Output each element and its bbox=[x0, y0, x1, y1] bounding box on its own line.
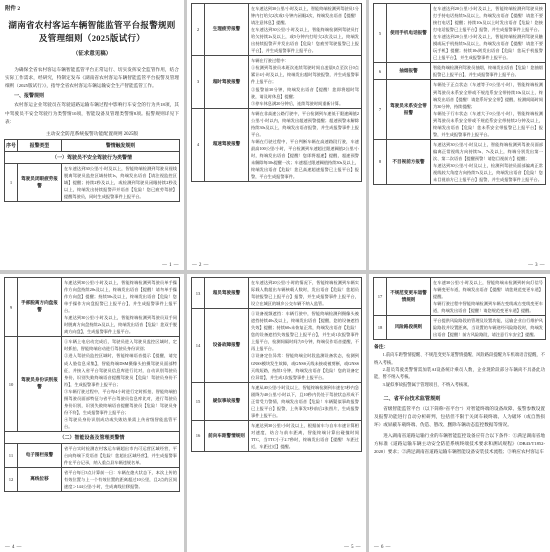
table-row: 8 不目视前方报警 车速达到30公里/小时及以上，智能终端检测到驾驶员面部偏离正… bbox=[374, 139, 546, 184]
col-header-type: 报警类型 bbox=[18, 140, 62, 152]
col-header-rule: 警情触发规则 bbox=[62, 140, 180, 152]
page-number-4: — 4 — bbox=[5, 545, 22, 550]
page-number-3: — 3 — bbox=[528, 263, 545, 268]
trigger-rule: 在车速达到20公里/小时及以上，智能终端检测到驾驶员接打手持电话持续5s及以上，… bbox=[431, 4, 546, 63]
row-no: 10 bbox=[5, 337, 18, 432]
row-no: 1 bbox=[5, 164, 18, 202]
notes-block: 备注： 1.前向车距警情提醒、不规范变更车道警情提醒、风险路段提醒为车机端语音提… bbox=[373, 343, 546, 387]
row-no: 8 bbox=[374, 139, 387, 184]
table-caption: 主动安全防范系统报警功能配置规则 2025版 bbox=[4, 130, 180, 137]
table-row: 2 生理疲劳报警 在车速达到30公里/小时及以上，智能终端检测到驾驶员1分钟内打… bbox=[192, 4, 362, 56]
row-no: 18 bbox=[374, 316, 387, 340]
page-number-6: — 6 — bbox=[374, 545, 391, 550]
section-2-paragraph-1: 省级智能监管平台（以下简称“省平台”）对智能终端的设备故障、报警参数设置及报警功… bbox=[374, 405, 545, 430]
alarm-type: 前向车距警情规则 bbox=[205, 420, 249, 451]
row-no: 17 bbox=[374, 278, 387, 316]
table-row: 6 抽烟报警 智能终端检测到驾驶员抽烟，终端发出语音【危险！您抽烟报警已上报平台… bbox=[374, 63, 546, 80]
page-5: 13 超员驾驶报警 在车速达到20公里/小时的情况下，智能终端检测到车辆实际载人… bbox=[187, 274, 366, 552]
trigger-rule: 车速从40公里/小时及以上，智能终端检测到车速在5秒内急剧降为40公里/小时以下… bbox=[249, 382, 362, 420]
table-row: 9 手部脱离方向盘报警 车速达到30公里/小时及以上，智能终端检测到驾驶员单手操… bbox=[5, 278, 180, 337]
trigger-rule: 在车速达到20公里/小时的情况下，智能终端检测到车辆实际载人数超出车辆核载人数时… bbox=[249, 278, 362, 309]
doc-title-line-1: 湖南省农村客运车辆智能监管平台报警规则 bbox=[4, 19, 180, 32]
trigger-rule: 在车速达到30公里/小时及以上，智能终端检测到驾驶员视线脱离驾驶员监控区域持续1… bbox=[62, 164, 180, 202]
doc-subtitle: （征求意见稿） bbox=[4, 49, 180, 57]
trigger-rule: 车速达到30公里/小时及以上，智能终端检测到驾驶员单手操作方向盘持续20s及以上… bbox=[62, 278, 180, 337]
trigger-rule: 车辆处于正点状态（车速等于0公里/小时），智能终端检测到驾驶员未系安全带或不规范… bbox=[431, 80, 546, 139]
note-item-1: 1.前向车距警情提醒、不规范变更车道警情提醒、风险路段提醒为车机端语音提醒，不纳… bbox=[374, 351, 545, 366]
notes-label: 备注： bbox=[374, 343, 546, 350]
table-row: 17 不规范变更车道警情规则 在车速30公里/小时及以上，智能终端未检测到转向灯… bbox=[374, 278, 546, 316]
group-header-1: （一）驾驶员不安全驾驶行为类警情 bbox=[5, 152, 180, 164]
alarm-type: 抽烟报警 bbox=[387, 63, 431, 80]
trigger-rule: 车速达到30公里/小时及以上，智能终端检测到驾驶员面部偏离正常视线方向持续5s、… bbox=[431, 139, 546, 184]
trigger-rule: 车辆在行驶过程中： ①检测到驾驶员本班次连续驾驶时间自凌晨0点至次日0点累计4小… bbox=[249, 56, 362, 108]
alarm-type: 使用手机电话报警 bbox=[387, 4, 431, 63]
page-number-5: — 5 — bbox=[344, 545, 361, 550]
alarm-table-page-6: 17 不规范变更车道警情规则 在车速30公里/小时及以上，智能终端未检测到转向灯… bbox=[373, 277, 546, 340]
row-no: 7 bbox=[374, 80, 387, 139]
table-row: 14 设备故障报警 ①设备视频遮挡：车辆行驶中，智能终端检测到摄像头被遮挡持续4… bbox=[192, 309, 362, 382]
row-no: 5 bbox=[374, 4, 387, 63]
page-3: 5 使用手机电话报警 在车速达到20公里/小时及以上，智能终端检测到驾驶员接打手… bbox=[369, 0, 550, 270]
alarm-type: 离线位移 bbox=[18, 468, 62, 492]
alarm-type: 驾驶员未系安全带报警 bbox=[387, 80, 431, 139]
page-1: 附件 2 湖南省农村客运车辆智能监管平台报警规则 及管理细则（2025版试行） … bbox=[0, 0, 184, 270]
alarm-type: 电子围栏报警 bbox=[18, 443, 62, 467]
table-header-row: 序号 报警类型 警情触发规则 bbox=[5, 140, 180, 152]
alarm-table-page-4: 9 手部脱离方向盘报警 车速达到30公里/小时及以上，智能终端检测到驾驶员单手操… bbox=[4, 277, 180, 492]
row-no: 14 bbox=[192, 309, 205, 382]
row-no: 6 bbox=[374, 63, 387, 80]
trigger-rule: 省平台实时检测农村客运车辆超出市内可运营区域经营，平台向终端下发语音【危险！您超… bbox=[62, 443, 180, 467]
section-1-heading: 一、报警规则 bbox=[4, 92, 180, 99]
trigger-rule: 在车速达到30公里/小时及以上，智能终端检测到驾驶员1分钟内打哈欠2次或1分钟内… bbox=[249, 4, 362, 56]
alarm-type: 不目视前方报警 bbox=[387, 139, 431, 184]
trigger-rule: 车辆在非高速公路行驶中，平台检测到车速低于限速阈值2公里/小时以内，终端发出超速… bbox=[249, 108, 362, 181]
table-row: 12 离线位移 省平台每日3点计算前一日：车辆在熄火状态下，本次上传的有效位置与… bbox=[5, 468, 180, 492]
alarm-type: 驾驶员闭眼疲劳报警 bbox=[18, 164, 62, 202]
alarm-type: 疑似事故报警 bbox=[205, 382, 249, 420]
trigger-rule: 智能终端检测到驾驶员抽烟，终端发出语音【危险！您抽烟报警已上报平台】，并生成报警… bbox=[431, 63, 546, 80]
attachment-label: 附件 2 bbox=[5, 4, 180, 12]
table-row: 5 使用手机电话报警 在车速达到20公里/小时及以上，智能终端检测到驾驶员接打手… bbox=[374, 4, 546, 63]
alarm-type: 风险路段规则 bbox=[387, 316, 431, 340]
alarm-type: 驾驶员身份识别报警 bbox=[18, 337, 62, 432]
row-no: 15 bbox=[192, 382, 205, 420]
table-row: 4 超速驾驶报警 车辆在非高速公路行驶中，平台检测到车速低于限速阈值2公里/小时… bbox=[192, 108, 362, 181]
trigger-rule: 车速达到30公里/小时及以上，根据前车与自车车速计算相对速度，结合与前车距离，智… bbox=[249, 420, 362, 451]
alarm-type: 超时驾驶报警 bbox=[205, 56, 249, 108]
section-2-paragraph-2: 进入湖南省道路运输行业的车辆智能监控设备应符合以下条件：①满足湖南省地方标准《道… bbox=[374, 432, 545, 457]
alarm-table-page-5: 13 超员驾驶报警 在车速达到20公里/小时的情况下，智能终端检测到车辆实际载人… bbox=[191, 277, 362, 452]
alarm-table-page-1: 序号 报警类型 警情触发规则 （一）驾驶员不安全驾驶行为类警情 1 驾驶员闭眼疲… bbox=[4, 139, 180, 202]
row-no: 12 bbox=[5, 468, 18, 492]
table-row: 15 疑似事故报警 车速从40公里/小时及以上，智能终端检测到车速在5秒内急剧降… bbox=[192, 382, 362, 420]
trigger-rule: 省平台每日3点计算前一日：车辆在熄火状态下，本次上传的有效位置与上一个有效位置的… bbox=[62, 468, 180, 492]
row-no: 11 bbox=[5, 443, 18, 467]
table-row: 18 风险路段规则 平台提供风险路段的管理及设置功能，运输企业自行维护风险路段并… bbox=[374, 316, 546, 340]
group-header-2: （二）智能设备及管理类警情 bbox=[5, 431, 180, 443]
alarm-type: 不规范变更车道警情规则 bbox=[387, 278, 431, 316]
alarm-table-page-2: 2 生理疲劳报警 在车速达到30公里/小时及以上，智能终端检测到驾驶员1分钟内打… bbox=[191, 3, 362, 182]
row-no: 2 bbox=[192, 4, 205, 56]
alarm-type: 超员驾驶报警 bbox=[205, 278, 249, 309]
row-no: 13 bbox=[192, 278, 205, 309]
alarm-type: 超速驾驶报警 bbox=[205, 108, 249, 181]
note-item-3: 3.疑似事故报警属于管理项目，不纳入考核项。 bbox=[374, 381, 545, 388]
table-row: 7 驾驶员未系安全带报警 车辆处于正点状态（车速等于0公里/小时），智能终端检测… bbox=[374, 80, 546, 139]
note-item-2: 2.超员驾驶类警情需加装AI设备统计乘员人数，企业现阶段部分车辆尚不具备此功能，… bbox=[374, 366, 545, 381]
row-no: 16 bbox=[192, 420, 205, 451]
alarm-table-page-3: 5 使用手机电话报警 在车速达到20公里/小时及以上，智能终端检测到驾驶员接打手… bbox=[373, 3, 546, 185]
table-row: 16 前向车距警情规则 车速达到30公里/小时及以上，根据前车与自车车速计算相对… bbox=[192, 420, 362, 451]
table-row: 13 超员驾驶报警 在车速达到20公里/小时的情况下，智能终端检测到车辆实际载人… bbox=[192, 278, 362, 309]
page-4: 9 手部脱离方向盘报警 车速达到30公里/小时及以上，智能终端检测到驾驶员单手操… bbox=[0, 274, 184, 552]
trigger-rule: ①设备视频遮挡：车辆行驶中，智能终端检测到摄像头被遮挡持续40s及以上，终端发出… bbox=[249, 309, 362, 382]
section-1-paragraph: 农村客运企业驾驶员在驾驶道路运输车辆过程中影响行车安全的行为共18项，其中驾驶员… bbox=[5, 101, 179, 126]
row-no: 3 bbox=[192, 56, 205, 108]
trigger-rule: ①车辆上电启动完成后，驾驶员进入驾驶员监控区域时，定时抓拍，智能终端启动进行驾驶… bbox=[62, 337, 180, 432]
section-2-heading: 二、省平台技术监管规则 bbox=[373, 395, 546, 402]
page-number-2: — 2 — bbox=[192, 263, 209, 268]
page-number-1: — 1 — bbox=[162, 263, 179, 268]
table-row: 3 超时驾驶报警 车辆在行驶过程中： ①检测到驾驶员本班次连续驾驶时间自凌晨0点… bbox=[192, 56, 362, 108]
alarm-type: 手部脱离方向盘报警 bbox=[18, 278, 62, 337]
page-2: 2 生理疲劳报警 在车速达到30公里/小时及以上，智能终端检测到驾驶员1分钟内打… bbox=[187, 0, 366, 270]
alarm-type: 生理疲劳报警 bbox=[205, 4, 249, 56]
row-no: 9 bbox=[5, 278, 18, 337]
table-row: 10 驾驶员身份识别报警 ①车辆上电启动完成后，驾驶员进入驾驶员监控区域时，定时… bbox=[5, 337, 180, 432]
intro-paragraph: 为确保全省农村客运车辆智能监管平台正常运行、切实发挥安全监管作用，结合实际工作需… bbox=[5, 66, 179, 91]
trigger-rule: 平台提供风险路段的管理及设置功能，运输企业自行维护风险路段并设置距离，当设置的车… bbox=[431, 316, 546, 340]
page-6: 17 不规范变更车道警情规则 在车速30公里/小时及以上，智能终端未检测到转向灯… bbox=[369, 274, 550, 552]
trigger-rule: 在车速30公里/小时及以上，智能终端未检测到转向灯信号车辆变更车道，终端发出语音… bbox=[431, 278, 546, 316]
table-row: 1 驾驶员闭眼疲劳报警 在车速达到30公里/小时及以上，智能终端检测到驾驶员视线… bbox=[5, 164, 180, 202]
row-no: 4 bbox=[192, 108, 205, 181]
alarm-type: 设备故障报警 bbox=[205, 309, 249, 382]
col-header-no: 序号 bbox=[5, 140, 18, 152]
doc-title-line-2: 及管理细则（2025版试行） bbox=[4, 32, 180, 45]
table-row: 11 电子围栏报警 省平台实时检测农村客运车辆超出市内可运营区域经营，平台向终端… bbox=[5, 443, 180, 467]
